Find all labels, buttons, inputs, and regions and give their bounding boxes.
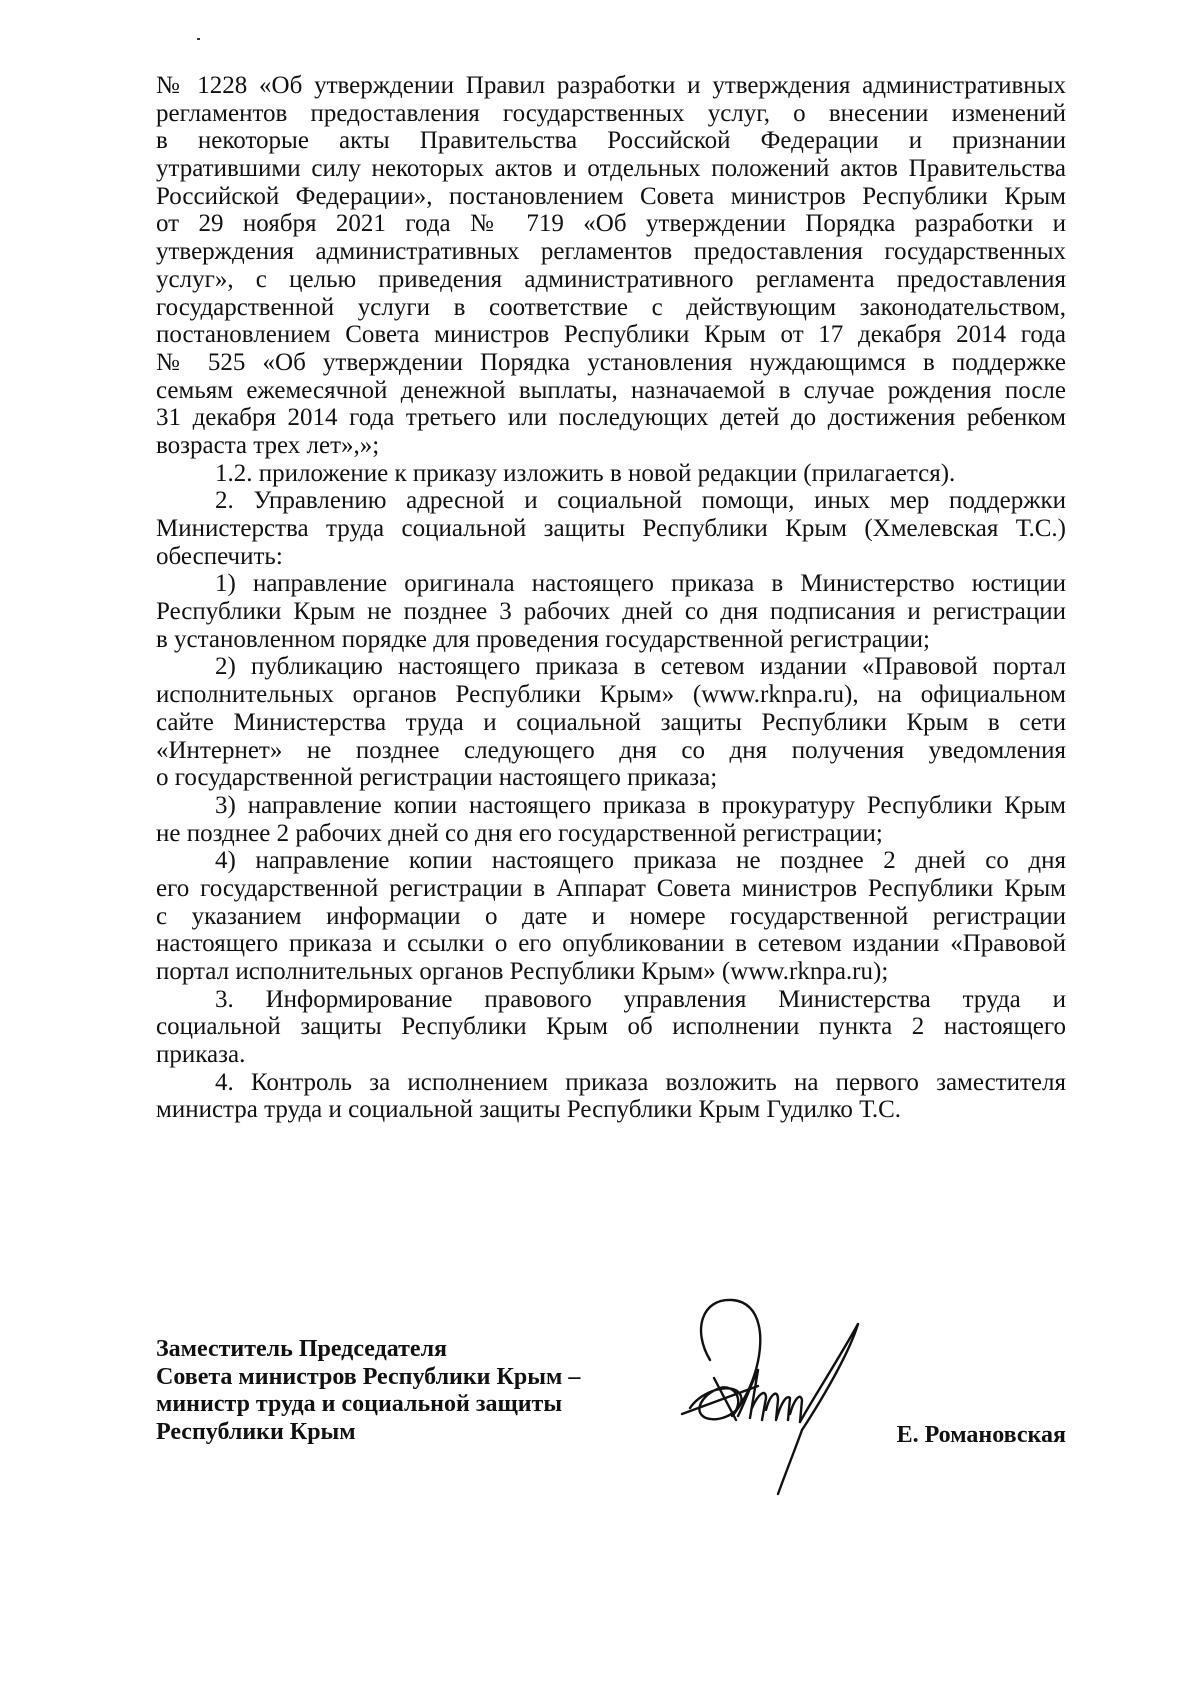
body-line: возраста трех лет»,»; xyxy=(156,432,1066,460)
paragraph-3: 3. Информирование правового управления М… xyxy=(156,986,1066,1014)
paragraph-2: 2. Управлению адресной и социальной помо… xyxy=(156,487,1066,515)
list-item-3: 3) направление копии настоящего приказа … xyxy=(156,792,1066,820)
list-item-2: 2) публикацию настоящего приказа в сетев… xyxy=(156,653,1066,681)
body-line: Министерства труда социальной защиты Рес… xyxy=(156,515,1066,543)
signer-title-line: Совета министров Республики Крым – xyxy=(156,1364,580,1392)
paragraph-1-2: 1.2. приложение к приказу изложить в нов… xyxy=(156,460,1066,488)
body-line: с указанием информации о дате и номере г… xyxy=(156,903,1066,931)
paragraph-4: 4. Контроль за исполнением приказа возло… xyxy=(156,1069,1066,1097)
signer-title-line: Заместитель Председателя xyxy=(156,1336,580,1364)
body-line: приказа. xyxy=(156,1041,1066,1069)
body-line: семьям ежемесячной денежной выплаты, наз… xyxy=(156,377,1066,405)
body-line: утверждения административных регламентов… xyxy=(156,238,1066,266)
body-line: исполнительных органов Республики Крым» … xyxy=(156,681,1066,709)
body-line: в некоторые акты Правительства Российско… xyxy=(156,127,1066,155)
body-line: обеспечить: xyxy=(156,543,1066,571)
body-line: Российской Федерации», постановлением Со… xyxy=(156,183,1066,211)
body-line: «Интернет» не позднее следующего дня со … xyxy=(156,737,1066,765)
body-line: государственной услуги в соответствие с … xyxy=(156,294,1066,322)
body-line: регламентов предоставления государственн… xyxy=(156,100,1066,128)
signer-name: Е. Романовская xyxy=(897,1422,1066,1449)
body-line: социальной защиты Республики Крым об исп… xyxy=(156,1013,1066,1041)
body-line: 31 декабря 2014 года третьего или послед… xyxy=(156,404,1066,432)
signer-title-line: министр труда и социальной защиты xyxy=(156,1391,580,1419)
body-line: услуг», с целью приведения административ… xyxy=(156,266,1066,294)
body-line: настоящего приказа и ссылки о его опубли… xyxy=(156,930,1066,958)
body-line: портал исполнительных органов Республики… xyxy=(156,958,1066,986)
handwritten-signature-icon xyxy=(662,1290,882,1500)
body-line: № 1228 «Об утверждении Правил разработки… xyxy=(156,72,1066,100)
page-mark xyxy=(197,38,200,40)
document-body: № 1228 «Об утверждении Правил разработки… xyxy=(156,72,1066,1124)
body-line: не позднее 2 рабочих дней со дня его гос… xyxy=(156,820,1066,848)
signer-title-line: Республики Крым xyxy=(156,1419,580,1447)
body-line: утратившими силу некоторых актов и отдел… xyxy=(156,155,1066,183)
body-line: в установленном порядке для проведения г… xyxy=(156,626,1066,654)
body-line: его государственной регистрации в Аппара… xyxy=(156,875,1066,903)
signature-block: Заместитель Председателя Совета министро… xyxy=(156,1336,1066,1536)
body-line: министра труда и социальной защиты Респу… xyxy=(156,1096,1066,1124)
body-line: от 29 ноября 2021 года № 719 «Об утвержд… xyxy=(156,210,1066,238)
body-line: Республики Крым не позднее 3 рабочих дне… xyxy=(156,598,1066,626)
list-item-4: 4) направление копии настоящего приказа … xyxy=(156,847,1066,875)
signer-title: Заместитель Председателя Совета министро… xyxy=(156,1336,580,1446)
body-line: о государственной регистрации настоящего… xyxy=(156,764,1066,792)
body-line: сайте Министерства труда и социальной за… xyxy=(156,709,1066,737)
body-line: постановлением Совета министров Республи… xyxy=(156,321,1066,349)
body-line: № 525 «Об утверждении Порядка установлен… xyxy=(156,349,1066,377)
list-item-1: 1) направление оригинала настоящего прик… xyxy=(156,570,1066,598)
